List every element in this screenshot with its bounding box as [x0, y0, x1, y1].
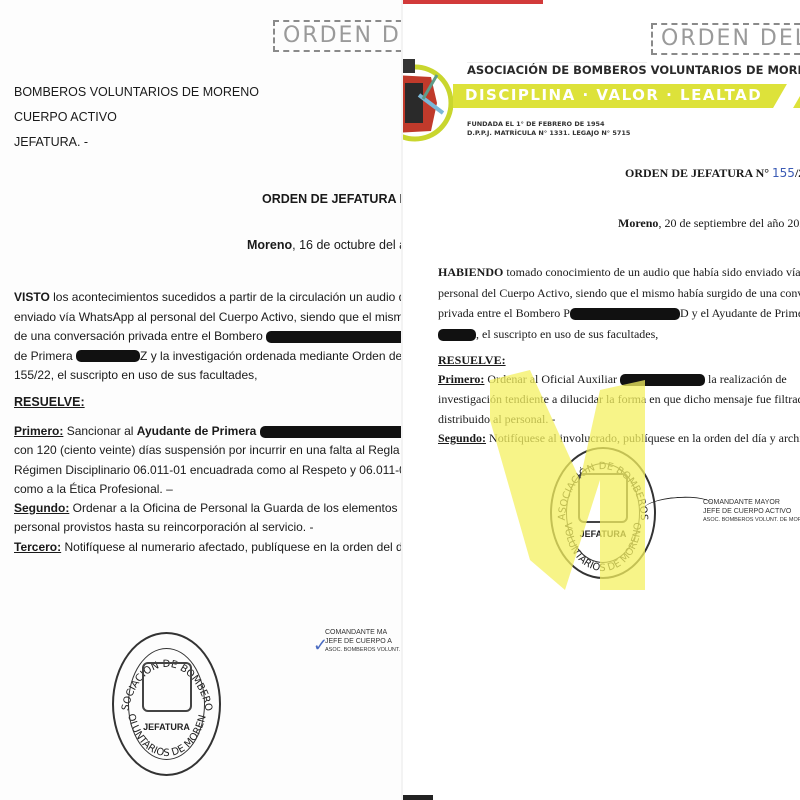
resuelve-heading: RESUELVE: [438, 353, 506, 368]
item-text: Sancionar al [63, 424, 136, 438]
visto-line: enviado vía WhatsApp al personal del Cue… [14, 308, 403, 328]
redaction-bar [266, 331, 403, 343]
signature-title: COMANDANTE MAYOR [703, 498, 800, 507]
order-date: Moreno, 20 de septiembre del año 2022.- [618, 216, 800, 231]
item-text: como a la Ética Profesional. – [14, 480, 403, 499]
fire-emblem-icon [578, 473, 628, 523]
item-text: distribuido al personal. - [438, 410, 800, 430]
tercero-label: Tercero: [14, 540, 61, 554]
primero-label: Primero: [438, 372, 484, 386]
signature-org: ASOC. BOMBEROS VOLUNT. D [325, 646, 403, 655]
org-line: BOMBEROS VOLUNTARIOS DE MORENO [14, 85, 259, 99]
left-document-page: ORDEN DEL BOMBEROS VOLUNTARIOS DE MORENO… [0, 0, 403, 800]
jefatura-seal: ASOCIACIÓN DE BOMBEROS VOLUNTARIOS DE MO… [550, 447, 656, 579]
resolution-items: Primero: Ordenar al Oficial Auxiliar la … [438, 370, 800, 449]
visto-lead: VISTO [14, 290, 50, 304]
seal-center-label: JEFATURA [552, 529, 654, 539]
visto-line: de una conversación privada entre el Bom… [14, 329, 266, 343]
orden-del-dia-stamp: ORDEN DEL DIA [651, 23, 800, 55]
item-text: Notifíquese al numerario afectado, publí… [61, 540, 403, 554]
signature-block: COMANDANTE MAYOR JEFE DE CUERPO ACTIVO A… [703, 498, 800, 525]
redaction-bar [570, 308, 680, 320]
visto-line: de Primera [14, 349, 76, 363]
habiendo-paragraph: HABIENDO tomado conocimiento de un audio… [438, 262, 800, 344]
habiendo-line: personal del Cuerpo Activo, siendo que e… [438, 283, 800, 304]
founded-line: FUNDADA EL 1° DE FEBRERO DE 1954 [467, 120, 630, 129]
fire-emblem-icon [142, 662, 192, 712]
date-rest: , 20 de septiembre del año 2022.- [658, 216, 800, 230]
date-rest: , 16 de octubre del año [292, 238, 403, 252]
item-text: Ordenar a la Oficina de Personal la Guar… [69, 501, 403, 515]
habiendo-line: , el suscripto en uso de sus facultades, [476, 327, 658, 341]
org-name: ASOCIACIÓN DE BOMBEROS VOLUNTARIOS DE MO… [467, 63, 800, 77]
cuerpo-line: CUERPO ACTIVO [14, 110, 117, 124]
visto-line: 155/22, el suscripto en uso de sus facul… [14, 366, 403, 386]
header-red-bar [403, 0, 543, 4]
order-title-text: ORDEN DE JEFATURA N° [625, 166, 772, 180]
date-city: Moreno [618, 216, 658, 230]
item-text: Régimen Disciplinario 06.011-01 encuadra… [14, 461, 403, 480]
rank-bold: Ayudante de Primera [137, 424, 257, 438]
registry-line: D.P.P.J. MATRÍCULA N° 1331. LEGAJO N° 57… [467, 129, 630, 138]
item-text: la realización de [705, 372, 787, 386]
redaction-bar [260, 426, 403, 438]
date-city: Moreno [247, 238, 292, 252]
bottom-edge-mark [403, 795, 433, 800]
order-title: ORDEN DE JEFATURA N° 155/22.- [625, 166, 800, 181]
resolution-items: Primero: Sancionar al Ayudante de Primer… [14, 422, 403, 557]
resuelve-heading: RESUELVE: [14, 395, 85, 409]
item-text: con 120 (ciento veinte) días suspensión … [14, 441, 403, 460]
signature-block: COMANDANTE MA JEFE DE CUERPO A ASOC. BOM… [325, 628, 403, 655]
habiendo-lead: HABIENDO [438, 265, 503, 279]
item-text: personal provistos hasta su reincorporac… [14, 518, 403, 537]
seal-center-label: JEFATURA [114, 722, 219, 732]
jefatura-seal: ASOCIACIÓN DE BOMBEROS VOLUNTARIOS DE MO… [112, 632, 221, 776]
segundo-label: Segundo: [438, 431, 486, 445]
visto-line: Z y la investigación ordenada mediante O… [140, 349, 403, 363]
redaction-bar [438, 329, 476, 341]
signature-title: COMANDANTE MA [325, 628, 403, 637]
redaction-bar [620, 374, 705, 386]
item-text: Notifíquese al involucrado, publíquese e… [486, 431, 800, 445]
right-document-page: ORDEN DEL DIA ASOCIACIÓN DE BOMBEROS VOL… [403, 0, 800, 800]
item-text: investigación tendiente a dilucidar la f… [438, 390, 800, 410]
order-title: ORDEN DE JEFATURA N' [262, 192, 403, 206]
bomberos-logo-icon [403, 55, 453, 150]
order-number-handwritten: 155 [772, 166, 795, 180]
order-suffix: /22.- [795, 166, 800, 180]
signature-role: JEFE DE CUERPO ACTIVO [703, 507, 800, 516]
item-text: Ordenar al Oficial Auxiliar [484, 372, 620, 386]
habiendo-line: privada entre el Bombero P [438, 306, 570, 320]
founding-info: FUNDADA EL 1° DE FEBRERO DE 1954 D.P.P.J… [467, 120, 630, 138]
primero-label: Primero: [14, 424, 63, 438]
habiendo-line: D y el Ayudante de Primera [680, 306, 800, 320]
orden-del-dia-stamp: ORDEN DEL [273, 20, 403, 52]
order-date: Moreno, 16 de octubre del año [247, 238, 403, 252]
visto-line: los acontecimientos sucedidos a partir d… [50, 290, 403, 304]
signature-org: ASOC. BOMBEROS VOLUNT. DE MORENO [703, 516, 800, 525]
redaction-bar [76, 350, 140, 362]
signature-role: JEFE DE CUERPO A [325, 637, 403, 646]
visto-paragraph: VISTO los acontecimientos sucedidos a pa… [14, 288, 403, 386]
habiendo-line: tomado conocimiento de un audio que habí… [503, 265, 800, 279]
jefatura-line: JEFATURA. - [14, 135, 88, 149]
motto: DISCIPLINA · VALOR · LEALTAD [465, 86, 762, 104]
segundo-label: Segundo: [14, 501, 69, 515]
